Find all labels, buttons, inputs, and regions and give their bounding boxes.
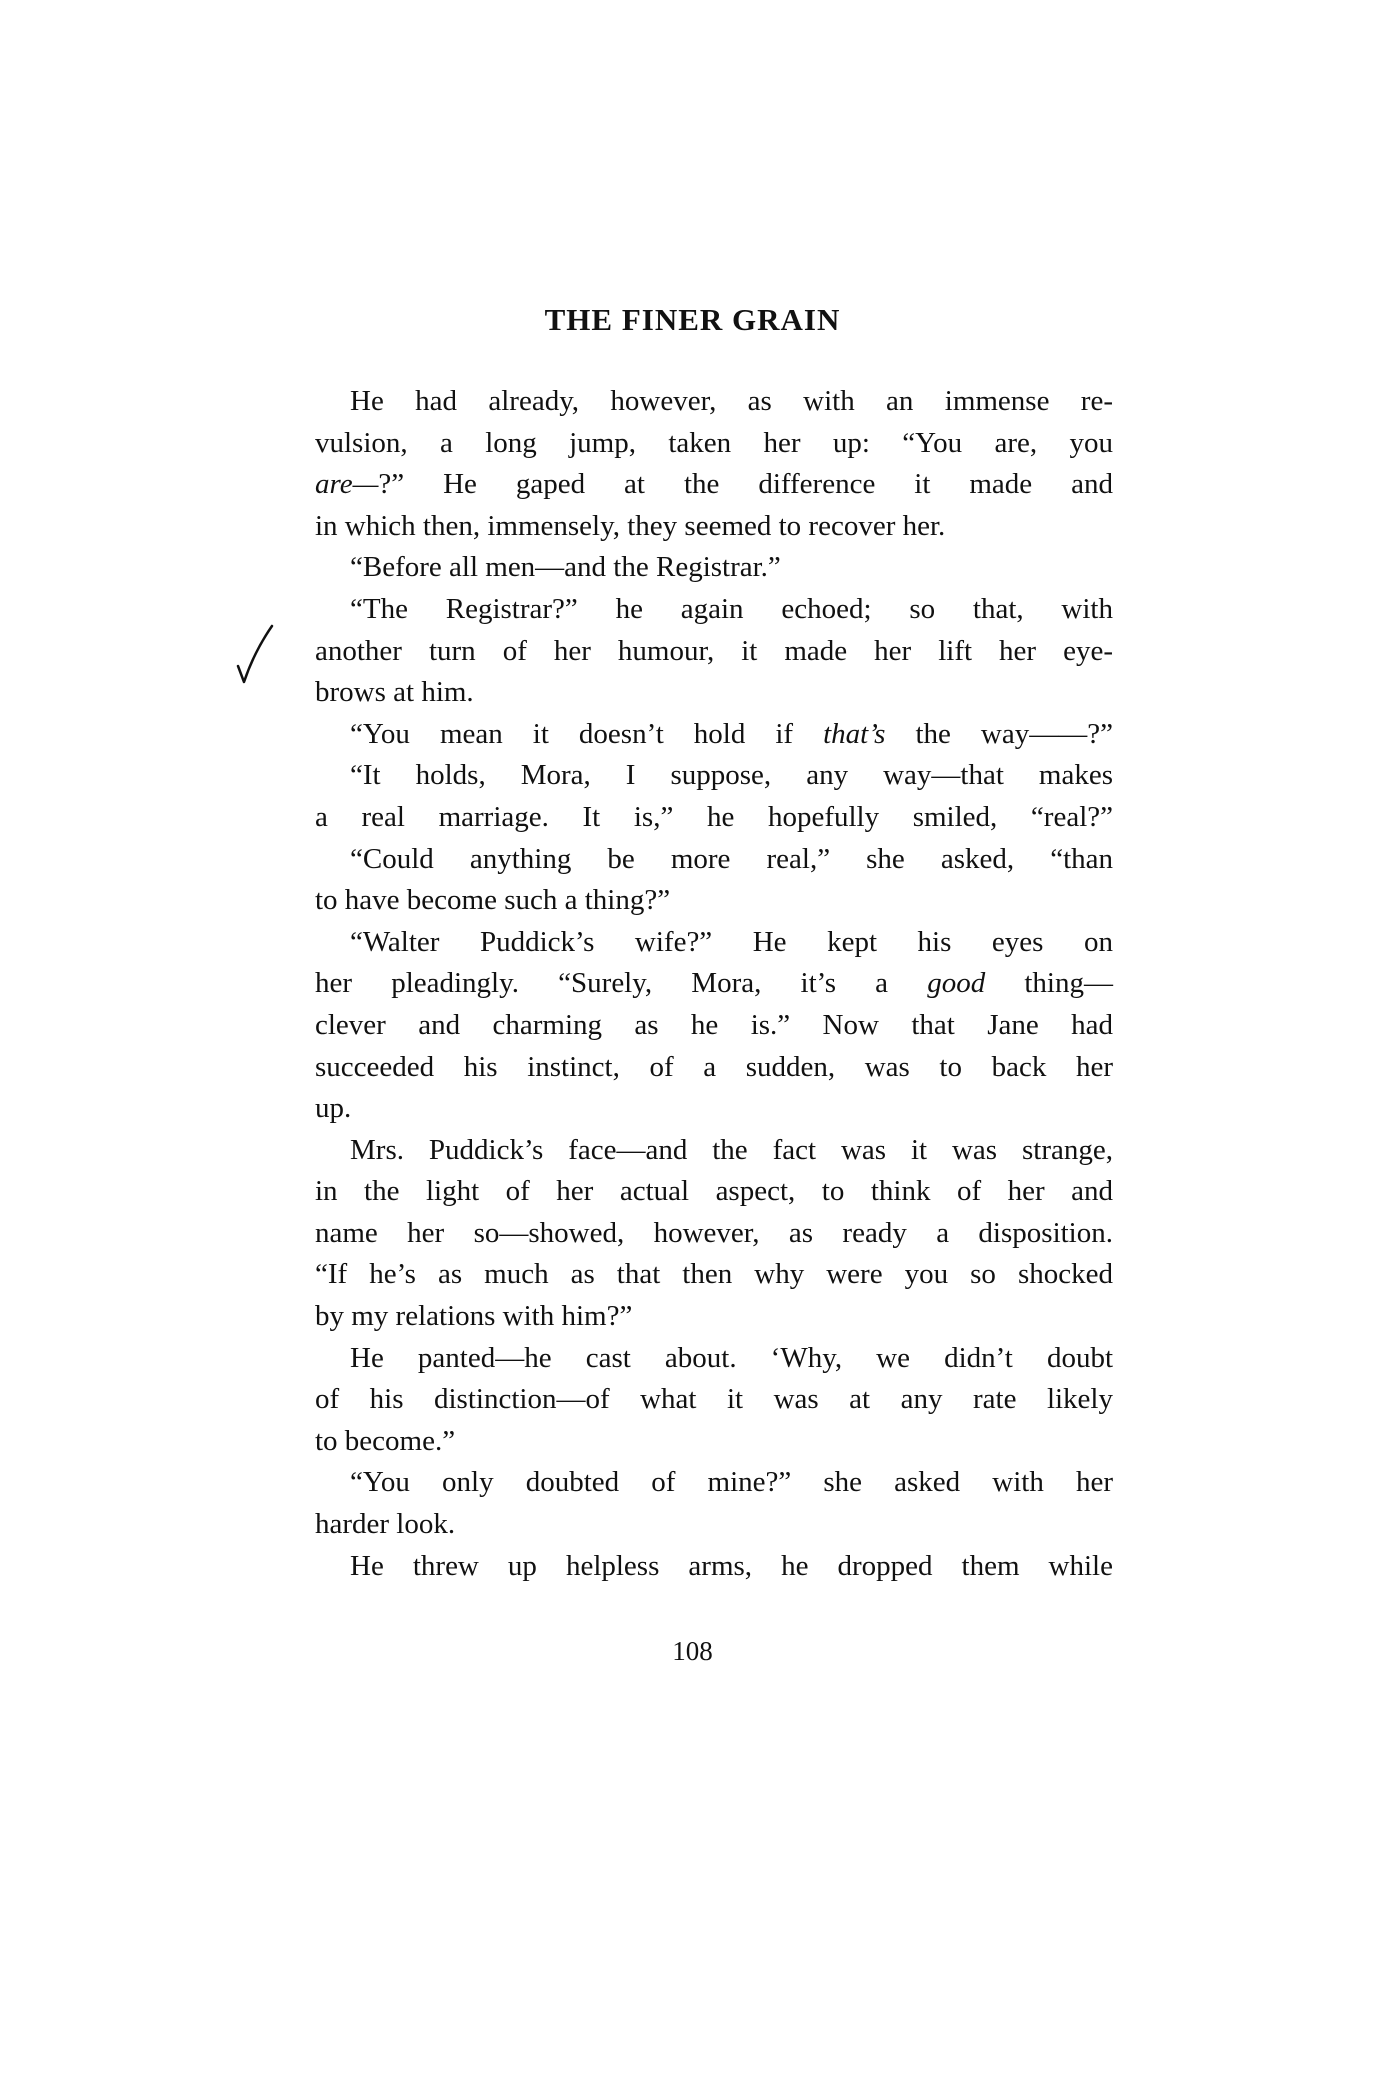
body-text: He had already, however, as with an imme…	[315, 381, 1113, 1587]
text-line: name her so—showed, however, as ready a …	[315, 1213, 1113, 1255]
text-line: “You mean it doesn’t hold if that’s the …	[315, 714, 1113, 756]
text-segment: He panted—he cast about. ‘Why, we didn’t…	[350, 1342, 1113, 1374]
text-line: “Could anything be more real,” she asked…	[315, 839, 1113, 881]
text-line: clever and charming as he is.” Now that …	[315, 1005, 1113, 1047]
text-line: He threw up helpless arms, he dropped th…	[315, 1546, 1113, 1588]
text-segment: another turn of her humour, it made her …	[315, 635, 1113, 667]
text-line: He panted—he cast about. ‘Why, we didn’t…	[315, 1338, 1113, 1380]
text-segment: “Walter Puddick’s wife?” He kept his eye…	[350, 926, 1113, 958]
text-segment: “It holds, Mora, I suppose, any way—that…	[350, 759, 1113, 791]
text-segment: “If he’s as much as that then why were y…	[315, 1258, 1113, 1290]
text-line: “You only doubted of mine?” she asked wi…	[315, 1462, 1113, 1504]
text-segment: up.	[315, 1092, 351, 1124]
text-line: another turn of her humour, it made her …	[315, 631, 1113, 673]
checkmark-icon	[234, 622, 276, 686]
text-line: succeeded his instinct, of a sudden, was…	[315, 1047, 1113, 1089]
text-segment: to have become such a thing?”	[315, 884, 670, 916]
text-segment: brows at him.	[315, 676, 474, 708]
italic-text: good	[927, 967, 985, 999]
text-line: “Before all men—and the Registrar.”	[315, 547, 1113, 589]
text-segment: “You mean it doesn’t hold if	[350, 718, 823, 750]
text-line: by my relations with him?”	[315, 1296, 1113, 1338]
text-segment: Mrs. Puddick’s face—and the fact was it …	[350, 1134, 1113, 1166]
text-segment: thing—	[985, 967, 1113, 999]
text-segment: of his distinction—of what it was at any…	[315, 1383, 1113, 1415]
text-line: in which then, immensely, they seemed to…	[315, 506, 1113, 548]
text-segment: “The Registrar?” he again echoed; so tha…	[350, 593, 1113, 625]
text-line: up.	[315, 1088, 1113, 1130]
text-segment: harder look.	[315, 1508, 455, 1540]
text-line: He had already, however, as with an imme…	[315, 381, 1113, 423]
text-segment: He threw up helpless arms, he dropped th…	[350, 1550, 1113, 1582]
text-segment: “You only doubted of mine?” she asked wi…	[350, 1466, 1113, 1498]
text-line: harder look.	[315, 1504, 1113, 1546]
text-line: of his distinction—of what it was at any…	[315, 1379, 1113, 1421]
text-line: “Walter Puddick’s wife?” He kept his eye…	[315, 922, 1113, 964]
text-segment: clever and charming as he is.” Now that …	[315, 1009, 1113, 1041]
text-line: “The Registrar?” he again echoed; so tha…	[315, 589, 1113, 631]
text-segment: vulsion, a long jump, taken her up: “You…	[315, 427, 1113, 459]
text-segment: in the light of her actual aspect, to th…	[315, 1175, 1113, 1207]
text-line: to have become such a thing?”	[315, 880, 1113, 922]
text-segment: ?” He gaped at the difference it made an…	[378, 468, 1113, 500]
text-line: to become.”	[315, 1421, 1113, 1463]
text-line: “If he’s as much as that then why were y…	[315, 1254, 1113, 1296]
text-line: “It holds, Mora, I suppose, any way—that…	[315, 755, 1113, 797]
text-line: in the light of her actual aspect, to th…	[315, 1171, 1113, 1213]
text-segment: her pleadingly. “Surely, Mora, it’s a	[315, 967, 927, 999]
running-head: THE FINER GRAIN	[0, 300, 1385, 340]
text-segment: “Before all men—and the Registrar.”	[350, 551, 781, 583]
text-segment: succeeded his instinct, of a sudden, was…	[315, 1051, 1113, 1083]
text-line: a real marriage. It is,” he hopefully sm…	[315, 797, 1113, 839]
text-line: vulsion, a long jump, taken her up: “You…	[315, 423, 1113, 465]
text-line: her pleadingly. “Surely, Mora, it’s a go…	[315, 963, 1113, 1005]
text-segment: He had already, however, as with an imme…	[350, 385, 1113, 417]
page-number: 108	[0, 1634, 1385, 1668]
text-segment: in which then, immensely, they seemed to…	[315, 510, 945, 542]
text-line: Mrs. Puddick’s face—and the fact was it …	[315, 1130, 1113, 1172]
text-segment: the way——?”	[885, 718, 1113, 750]
text-line: are—?” He gaped at the difference it mad…	[315, 464, 1113, 506]
text-segment: name her so—showed, however, as ready a …	[315, 1217, 1113, 1249]
text-line: brows at him.	[315, 672, 1113, 714]
text-segment: by my relations with him?”	[315, 1300, 632, 1332]
text-segment: to become.”	[315, 1425, 455, 1457]
italic-text: are—	[315, 468, 378, 500]
text-segment: “Could anything be more real,” she asked…	[350, 843, 1113, 875]
italic-text: that’s	[823, 718, 885, 750]
text-segment: a real marriage. It is,” he hopefully sm…	[315, 801, 1113, 833]
